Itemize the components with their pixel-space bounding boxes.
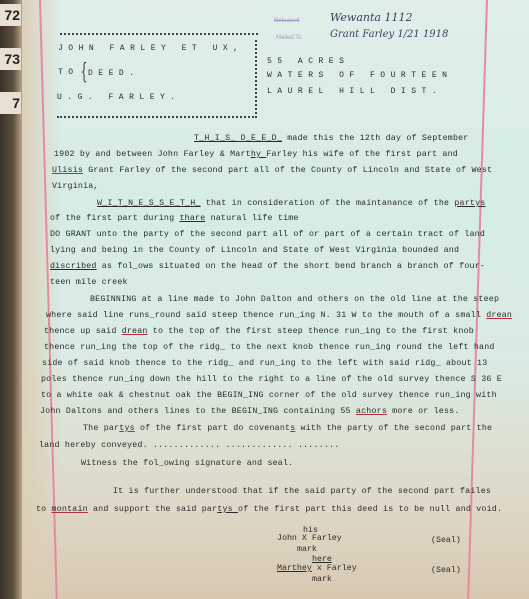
deed-line: BEGINNING at a line made to John Dalton …: [90, 295, 499, 304]
handwritten-annotation-1: Wewanta 1112: [330, 11, 412, 24]
text: Marthey: [277, 564, 312, 573]
caption-divider: [255, 40, 257, 118]
deed-line: thence run_ing the top of the ridg_ to t…: [44, 343, 495, 352]
instrument-type: DEED.: [88, 69, 140, 78]
deed-line: The partys of the first part do covenant…: [83, 424, 492, 433]
text: Grant Farley of the second part all of t…: [83, 166, 492, 175]
text: where said line runs_round said steep th…: [46, 311, 486, 320]
grantee-name: U.G. FARLEY.: [57, 93, 181, 102]
text: Farley his wife of the first part and: [266, 150, 458, 159]
text: John Daltons and others lines to the BEG…: [40, 407, 356, 416]
text: The par: [83, 424, 119, 433]
text: drean: [122, 327, 148, 336]
text: of the first part this deed is to be nul…: [238, 505, 502, 514]
binder-edge: 72 73 7: [0, 0, 22, 599]
caption-border-top: [60, 33, 258, 35]
text: partys: [454, 199, 485, 208]
signature-marthey-farley: Marthey x Farley: [277, 564, 357, 573]
deed-line: Ulisis Grant Farley of the second part a…: [52, 166, 492, 175]
brace: {: [81, 60, 88, 85]
deed-line: W_I_T_N_E_S_S_E_T_H_ that in considerati…: [97, 199, 485, 208]
deed-line: It is further understood that if the sai…: [113, 487, 491, 496]
text: Farley: [327, 564, 357, 573]
text: made this the 12th day of September: [282, 134, 468, 143]
text: with the party of the second part the: [295, 424, 492, 433]
text: of the first part do covenant: [135, 424, 290, 433]
district: LAUREL HILL DIST.: [267, 87, 442, 96]
signature-below: mark: [297, 545, 317, 554]
text: that in consideration of the maintanance…: [201, 199, 455, 208]
deed-line: John Daltons and others lines to the BEG…: [40, 407, 460, 416]
text: discribed: [50, 262, 97, 271]
this-deed-heading: T_H_I_S_ D_E_E_D_: [194, 134, 282, 143]
grantor-name: JOHN FARLEY ET UX,: [58, 44, 243, 53]
deed-line: 1902 by and between John Farley & Marthy…: [54, 150, 458, 159]
text: more or less.: [387, 407, 460, 416]
deed-line: DO GRANT unto the party of the second pa…: [50, 230, 485, 239]
deed-line: teen mile creek: [50, 278, 128, 287]
binder-tab: 7: [0, 92, 21, 114]
corrected-word: Ulisis: [52, 166, 83, 175]
text: to: [36, 505, 52, 514]
deed-page: Released Mailed To Wewanta 1112 Grant Fa…: [22, 0, 529, 599]
deed-line: lying and being in the County of Lincoln…: [50, 246, 459, 255]
deed-line: to a white oak & chestnut oak the BEGIN_…: [41, 391, 497, 400]
deed-line: side of said knob thence to the ridg_ an…: [42, 359, 487, 368]
caption-border-bottom: [57, 116, 257, 118]
released-stamp: Released: [274, 18, 299, 24]
mailed-to-stamp: Mailed To: [276, 35, 302, 41]
x-mark: x: [312, 564, 327, 573]
deed-line: Virginia,: [52, 182, 99, 191]
text: tys: [119, 424, 135, 433]
deed-line: to montain and support the said partys o…: [36, 505, 502, 514]
text: achors: [356, 407, 387, 416]
seal-1: (Seal): [431, 536, 461, 545]
seal-2: (Seal): [431, 566, 461, 575]
text: tys: [217, 505, 238, 514]
deed-line: T_H_I_S_ D_E_E_D_ made this the 12th day…: [194, 134, 469, 143]
deed-line: land hereby conveyed. ............. ....…: [39, 441, 339, 450]
signature-below: mark: [312, 575, 332, 584]
text: natural life time: [205, 214, 298, 223]
acreage: 55 ACRES: [267, 57, 349, 66]
signature-above: here: [312, 555, 332, 564]
handwritten-annotation-2: Grant Farley 1/21 1918: [330, 29, 448, 40]
text: John: [277, 534, 302, 543]
text: drean: [486, 311, 512, 320]
deed-line: where said line runs_round said steep th…: [46, 311, 512, 320]
text: thare: [179, 214, 205, 223]
deed-line: discribed as fol_ows situated on the hea…: [50, 262, 485, 271]
text: as fol_ows situated on the head of the s…: [97, 262, 485, 271]
text: hy: [251, 150, 267, 159]
signature-john-farley: John X Farley: [277, 534, 342, 543]
caption-to: TO: [58, 68, 79, 77]
deed-line: thence up said drean to the top of the f…: [44, 327, 474, 336]
deed-line: Witness the fol_owing signature and seal…: [81, 459, 293, 468]
text: and support the said par: [88, 505, 217, 514]
text: to the top of the first steep thence run…: [148, 327, 474, 336]
deed-line: of the first part during thare natural l…: [50, 214, 299, 223]
text: thence up said: [44, 327, 122, 336]
binder-tab: 72: [0, 4, 21, 26]
deed-line: poles thence run_ing down the hill to th…: [41, 375, 502, 384]
waters: WATERS OF FOURTEEN: [267, 71, 452, 80]
binder-tab: 73: [0, 48, 21, 70]
text: of the first part during: [50, 214, 179, 223]
text: montain: [52, 505, 88, 514]
text: Farley: [307, 534, 342, 543]
witnesseth-heading: W_I_T_N_E_S_S_E_T_H_: [97, 199, 201, 208]
text: 1902 by and between John Farley & Mart: [54, 150, 251, 159]
